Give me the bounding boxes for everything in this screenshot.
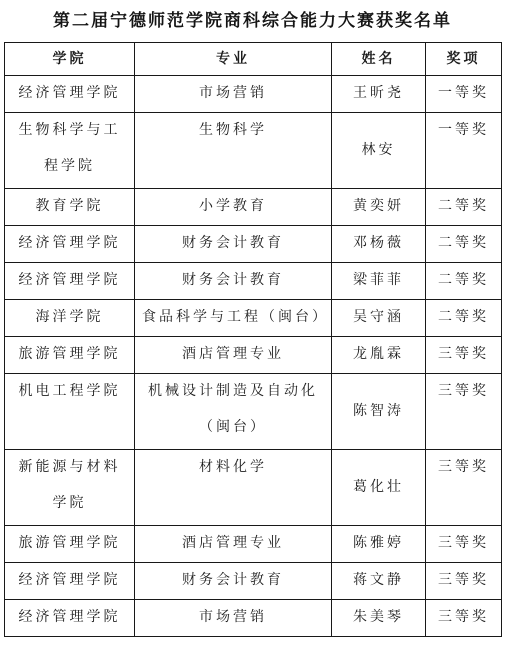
cell-name: 葛化壮	[332, 450, 426, 526]
cell-name: 蒋文静	[332, 563, 426, 600]
cell-major: 酒店管理专业	[135, 337, 332, 374]
table-row: 新能源与材料 学院材料化学葛化壮三等奖	[5, 450, 502, 526]
table-row: 经济管理学院市场营销王昕尧一等奖	[5, 76, 502, 113]
cell-name: 王昕尧	[332, 76, 426, 113]
cell-award: 一等奖	[426, 76, 502, 113]
cell-name: 黄奕妍	[332, 189, 426, 226]
cell-major: 机械设计制造及自动化 （闽台）	[135, 374, 332, 450]
cell-college: 经济管理学院	[5, 76, 135, 113]
cell-major: 材料化学	[135, 450, 332, 526]
table-row: 经济管理学院市场营销朱美琴三等奖	[5, 600, 502, 637]
cell-college: 新能源与材料 学院	[5, 450, 135, 526]
header-college: 学院	[5, 43, 135, 76]
cell-major: 食品科学与工程（闽台）	[135, 300, 332, 337]
cell-award: 二等奖	[426, 189, 502, 226]
cell-award: 一等奖	[426, 113, 502, 189]
cell-name: 陈雅婷	[332, 526, 426, 563]
table-row: 海洋学院食品科学与工程（闽台）吴守涵二等奖	[5, 300, 502, 337]
table-row: 旅游管理学院酒店管理专业龙胤霖三等奖	[5, 337, 502, 374]
header-major: 专业	[135, 43, 332, 76]
cell-college: 旅游管理学院	[5, 526, 135, 563]
cell-award: 二等奖	[426, 263, 502, 300]
cell-college: 海洋学院	[5, 300, 135, 337]
table-row: 教育学院小学教育黄奕妍二等奖	[5, 189, 502, 226]
cell-major: 酒店管理专业	[135, 526, 332, 563]
cell-college: 机电工程学院	[5, 374, 135, 450]
cell-name: 龙胤霖	[332, 337, 426, 374]
cell-major: 市场营销	[135, 76, 332, 113]
cell-award: 三等奖	[426, 563, 502, 600]
table-header-row: 学院 专业 姓名 奖项	[5, 43, 502, 76]
cell-award: 三等奖	[426, 600, 502, 637]
header-name: 姓名	[332, 43, 426, 76]
cell-college: 经济管理学院	[5, 263, 135, 300]
table-row: 旅游管理学院酒店管理专业陈雅婷三等奖	[5, 526, 502, 563]
cell-name: 陈智涛	[332, 374, 426, 450]
cell-college: 生物科学与工 程学院	[5, 113, 135, 189]
cell-name: 梁菲菲	[332, 263, 426, 300]
cell-college: 教育学院	[5, 189, 135, 226]
cell-name: 吴守涵	[332, 300, 426, 337]
header-award: 奖项	[426, 43, 502, 76]
table-row: 经济管理学院财务会计教育蒋文静三等奖	[5, 563, 502, 600]
awards-table: 学院 专业 姓名 奖项 经济管理学院市场营销王昕尧一等奖生物科学与工 程学院生物…	[4, 42, 502, 637]
table-row: 经济管理学院财务会计教育邓杨薇二等奖	[5, 226, 502, 263]
cell-award: 三等奖	[426, 374, 502, 450]
cell-major: 财务会计教育	[135, 226, 332, 263]
cell-college: 经济管理学院	[5, 563, 135, 600]
document-page: 第二届宁德师范学院商科综合能力大赛获奖名单 学院 专业 姓名 奖项 经济管理学院…	[0, 0, 505, 637]
cell-award: 三等奖	[426, 450, 502, 526]
page-title: 第二届宁德师范学院商科综合能力大赛获奖名单	[4, 8, 501, 33]
cell-college: 旅游管理学院	[5, 337, 135, 374]
table-row: 机电工程学院机械设计制造及自动化 （闽台）陈智涛三等奖	[5, 374, 502, 450]
cell-award: 二等奖	[426, 226, 502, 263]
table-body: 经济管理学院市场营销王昕尧一等奖生物科学与工 程学院生物科学林安一等奖教育学院小…	[5, 76, 502, 637]
cell-college: 经济管理学院	[5, 226, 135, 263]
cell-college: 经济管理学院	[5, 600, 135, 637]
cell-award: 二等奖	[426, 300, 502, 337]
cell-major: 财务会计教育	[135, 563, 332, 600]
cell-major: 小学教育	[135, 189, 332, 226]
cell-name: 林安	[332, 113, 426, 189]
table-row: 经济管理学院财务会计教育梁菲菲二等奖	[5, 263, 502, 300]
cell-major: 生物科学	[135, 113, 332, 189]
table-row: 生物科学与工 程学院生物科学林安一等奖	[5, 113, 502, 189]
cell-award: 三等奖	[426, 526, 502, 563]
cell-major: 财务会计教育	[135, 263, 332, 300]
cell-award: 三等奖	[426, 337, 502, 374]
cell-name: 朱美琴	[332, 600, 426, 637]
cell-major: 市场营销	[135, 600, 332, 637]
cell-name: 邓杨薇	[332, 226, 426, 263]
